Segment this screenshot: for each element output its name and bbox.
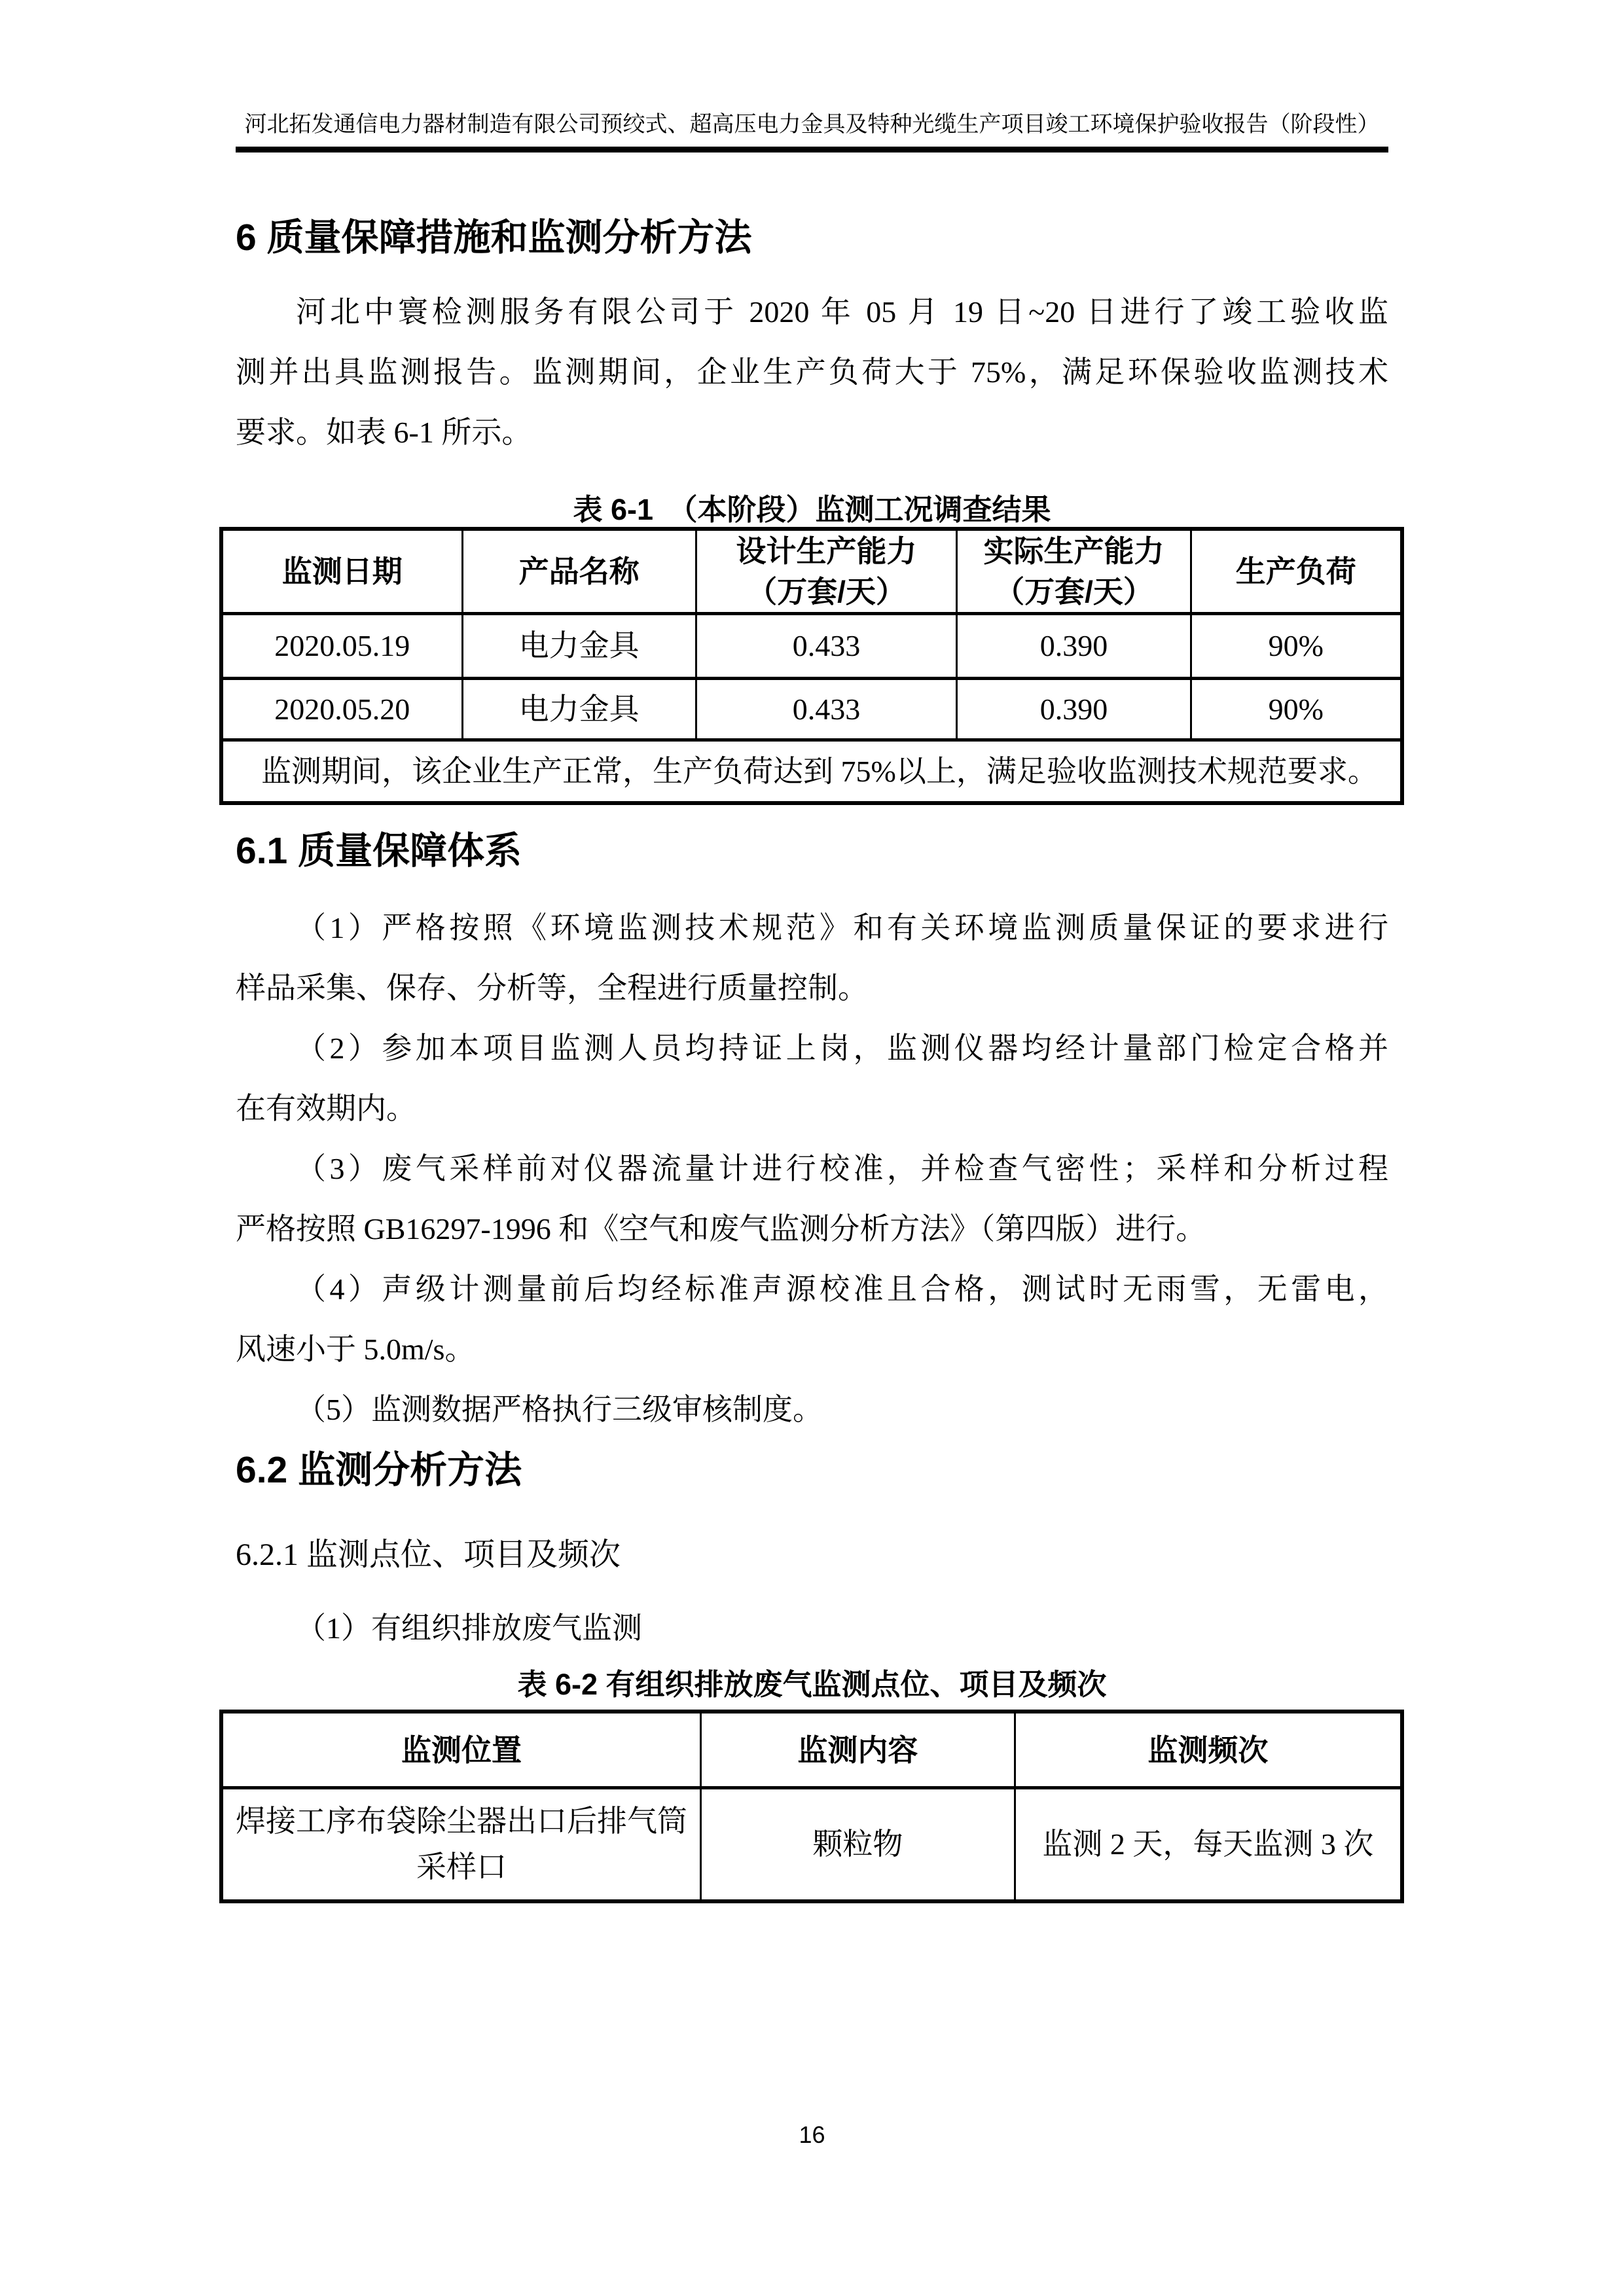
header-divider bbox=[236, 147, 1388, 152]
list-item: （5）监测数据严格执行三级审核制度。 bbox=[236, 1380, 1388, 1440]
table-header-cell: 实际生产能力 （万套/天） bbox=[957, 529, 1191, 614]
item-line: （5）监测数据严格执行三级审核制度。 bbox=[236, 1380, 1388, 1440]
section-6-1-items: （1）严格按照《环境监测技术规范》和有关环境监测质量保证的要求进行 样品采集、保… bbox=[236, 898, 1388, 1440]
section-6-heading: 6 质量保障措施和监测分析方法 bbox=[236, 217, 1388, 259]
table-note-row: 监测期间，该企业生产正常，生产负荷达到 75%以上，满足验收监测技术规范要求。 bbox=[221, 740, 1402, 804]
intro-line: 河北中寰检测服务有限公司于 2020 年 05 月 19 日~20 日进行了竣工… bbox=[236, 282, 1388, 342]
table-6-1: 监测日期 产品名称 设计生产能力 （万套/天） 实际生产能力 （万套/天） 生产… bbox=[219, 527, 1404, 805]
table-header-cell: 设计生产能力 （万套/天） bbox=[696, 529, 957, 614]
table-cell: 90% bbox=[1191, 614, 1402, 679]
section-6-2-1-heading: 6.2.1 监测点位、项目及频次 bbox=[236, 1537, 1388, 1573]
table-cell: 电力金具 bbox=[462, 614, 696, 679]
item-line: 在有效期内。 bbox=[236, 1079, 1388, 1139]
table-6-2: 监测位置 监测内容 监测频次 焊接工序布袋除尘器出口后排气筒采样口 颗粒物 监测… bbox=[219, 1710, 1404, 1903]
intro-line: 要求。如表 6-1 所示。 bbox=[236, 403, 1388, 463]
table-cell: 2020.05.19 bbox=[221, 614, 462, 679]
document-page: 河北拓发通信电力器材制造有限公司预绞式、超高压电力金具及特种光缆生产项目竣工环境… bbox=[0, 0, 1624, 2296]
list-item: （3）废气采样前对仪器流量计进行校准，并检查气密性；采样和分析过程 严格按照 G… bbox=[236, 1139, 1388, 1259]
section-6-intro-paragraph: 河北中寰检测服务有限公司于 2020 年 05 月 19 日~20 日进行了竣工… bbox=[236, 282, 1388, 463]
table-cell: 颗粒物 bbox=[700, 1788, 1015, 1902]
table-row: 2020.05.20 电力金具 0.433 0.390 90% bbox=[221, 679, 1402, 740]
table-6-1-header-row: 监测日期 产品名称 设计生产能力 （万套/天） 实际生产能力 （万套/天） 生产… bbox=[221, 529, 1402, 614]
table-header-cell: 监测位置 bbox=[221, 1712, 700, 1788]
table-cell: 焊接工序布袋除尘器出口后排气筒采样口 bbox=[221, 1788, 700, 1902]
list-item: （1）严格按照《环境监测技术规范》和有关环境监测质量保证的要求进行 样品采集、保… bbox=[236, 898, 1388, 1018]
item-line: （3）废气采样前对仪器流量计进行校准，并检查气密性；采样和分析过程 bbox=[236, 1139, 1388, 1199]
table-row: 2020.05.19 电力金具 0.433 0.390 90% bbox=[221, 614, 1402, 679]
table-row: 焊接工序布袋除尘器出口后排气筒采样口 颗粒物 监测 2 天，每天监测 3 次 bbox=[221, 1788, 1402, 1902]
table-6-1-caption: 表 6-1 （本阶段）监测工况调查结果 bbox=[236, 493, 1388, 527]
item-line: （4）声级计测量前后均经标准声源校准且合格，测试时无雨雪，无雷电， bbox=[236, 1259, 1388, 1319]
table-header-cell: 产品名称 bbox=[462, 529, 696, 614]
table-header-cell: 生产负荷 bbox=[1191, 529, 1402, 614]
item-line: （1）有组织排放废气监测 bbox=[236, 1598, 1388, 1659]
table-cell: 0.433 bbox=[696, 614, 957, 679]
table-header-cell: 监测日期 bbox=[221, 529, 462, 614]
section-6-2-heading: 6.2 监测分析方法 bbox=[236, 1449, 1388, 1491]
list-item: （4）声级计测量前后均经标准声源校准且合格，测试时无雨雪，无雷电， 风速小于 5… bbox=[236, 1259, 1388, 1380]
table-note-cell: 监测期间，该企业生产正常，生产负荷达到 75%以上，满足验收监测技术规范要求。 bbox=[221, 740, 1402, 804]
item-line: 样品采集、保存、分析等，全程进行质量控制。 bbox=[236, 958, 1388, 1018]
table-cell: 监测 2 天，每天监测 3 次 bbox=[1015, 1788, 1402, 1902]
table-cell: 0.390 bbox=[957, 614, 1191, 679]
page-number: 16 bbox=[0, 2121, 1624, 2149]
section-6-1-heading: 6.1 质量保障体系 bbox=[236, 830, 1388, 872]
table-cell: 90% bbox=[1191, 679, 1402, 740]
page-header-title: 河北拓发通信电力器材制造有限公司预绞式、超高压电力金具及特种光缆生产项目竣工环境… bbox=[236, 111, 1388, 139]
table-cell: 0.390 bbox=[957, 679, 1191, 740]
page-header: 河北拓发通信电力器材制造有限公司预绞式、超高压电力金具及特种光缆生产项目竣工环境… bbox=[0, 0, 1624, 152]
table-6-2-caption: 表 6-2 有组织排放废气监测点位、项目及频次 bbox=[236, 1668, 1388, 1702]
organized-gas-item: （1）有组织排放废气监测 bbox=[236, 1598, 1388, 1659]
intro-line: 测并出具监测报告。监测期间，企业生产负荷大于 75%，满足环保验收监测技术 bbox=[236, 342, 1388, 403]
table-cell: 2020.05.20 bbox=[221, 679, 462, 740]
table-header-cell: 监测内容 bbox=[700, 1712, 1015, 1788]
item-line: （1）严格按照《环境监测技术规范》和有关环境监测质量保证的要求进行 bbox=[236, 898, 1388, 958]
item-line: 风速小于 5.0m/s。 bbox=[236, 1319, 1388, 1380]
table-6-2-header-row: 监测位置 监测内容 监测频次 bbox=[221, 1712, 1402, 1788]
list-item: （2）参加本项目监测人员均持证上岗，监测仪器均经计量部门检定合格并 在有效期内。 bbox=[236, 1018, 1388, 1139]
table-cell: 电力金具 bbox=[462, 679, 696, 740]
item-line: （2）参加本项目监测人员均持证上岗，监测仪器均经计量部门检定合格并 bbox=[236, 1018, 1388, 1079]
item-line: 严格按照 GB16297-1996 和《空气和废气监测分析方法》（第四版）进行。 bbox=[236, 1199, 1388, 1259]
table-cell: 0.433 bbox=[696, 679, 957, 740]
table-header-cell: 监测频次 bbox=[1015, 1712, 1402, 1788]
